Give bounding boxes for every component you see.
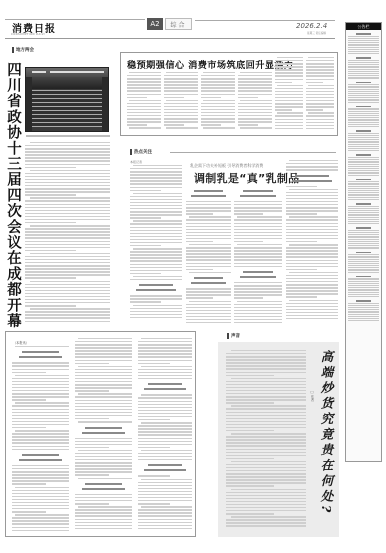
hot-column-4 — [286, 160, 338, 323]
article-tag: （本报讯） — [13, 340, 29, 345]
featured-column-4 — [238, 72, 272, 132]
featured-column-5 — [275, 57, 303, 132]
issue-date-sub: 星期三 责任编辑 — [307, 31, 326, 35]
photo-banner — [26, 68, 108, 77]
section-marker-icon — [130, 149, 132, 155]
issue-date: 2026.2.4 — [296, 22, 327, 30]
section-tag-label: 热点关注 — [134, 149, 152, 155]
section-marker-icon — [227, 333, 229, 339]
hot-column-3 — [234, 186, 282, 323]
hot-column-1 — [130, 165, 182, 323]
opinion-body — [226, 350, 306, 530]
header-rule — [195, 20, 335, 21]
vertical-headline: 四川省政协十三届四次会议在成都开幕 — [5, 62, 21, 329]
hot-topic-headline: 调制乳是“真”乳制品 — [194, 170, 299, 186]
masthead-english: CONSUMPTION DAILY — [11, 33, 45, 36]
photo-caption — [26, 135, 110, 137]
section-label: 综合 — [165, 18, 192, 30]
section-divider — [170, 152, 336, 153]
bottom-column-1 — [12, 346, 69, 532]
header-divider — [5, 38, 335, 39]
featured-headline: 稳预期强信心 消费市场筑底回升显活力 — [127, 57, 294, 71]
featured-column-1 — [127, 72, 161, 132]
page-number-badge: A2 — [147, 18, 163, 30]
byline: 本报记者 — [130, 160, 142, 164]
section-marker-icon — [12, 47, 14, 53]
featured-column-2 — [164, 72, 198, 132]
featured-column-6 — [306, 57, 334, 132]
hot-column-2 — [186, 186, 231, 323]
section-tag-label: 声音 — [231, 333, 240, 339]
section-tag-label: 地方两会 — [16, 47, 34, 53]
sidebar-notices — [346, 33, 381, 321]
section-tag-voice: 声音 — [227, 333, 240, 339]
article-kicker: 乳企需下功夫补短板 引导消费者科学消费 — [190, 163, 263, 169]
featured-column-3 — [201, 72, 235, 132]
bottom-column-2 — [75, 338, 132, 532]
opinion-headline: 高端炒货究竟贵在何处? — [319, 350, 333, 515]
section-tag-hot-topic: 热点关注 — [130, 149, 152, 155]
sidebar-title: 公告栏 — [346, 23, 381, 30]
section-tag-local-sessions: 地方两会 — [12, 47, 34, 53]
article-body-left — [25, 142, 110, 327]
bottom-column-3 — [138, 338, 192, 532]
notice-sidebar: 公告栏 — [345, 22, 382, 462]
opinion-author: □ 作者 — [310, 390, 315, 401]
conference-photo — [25, 67, 109, 132]
